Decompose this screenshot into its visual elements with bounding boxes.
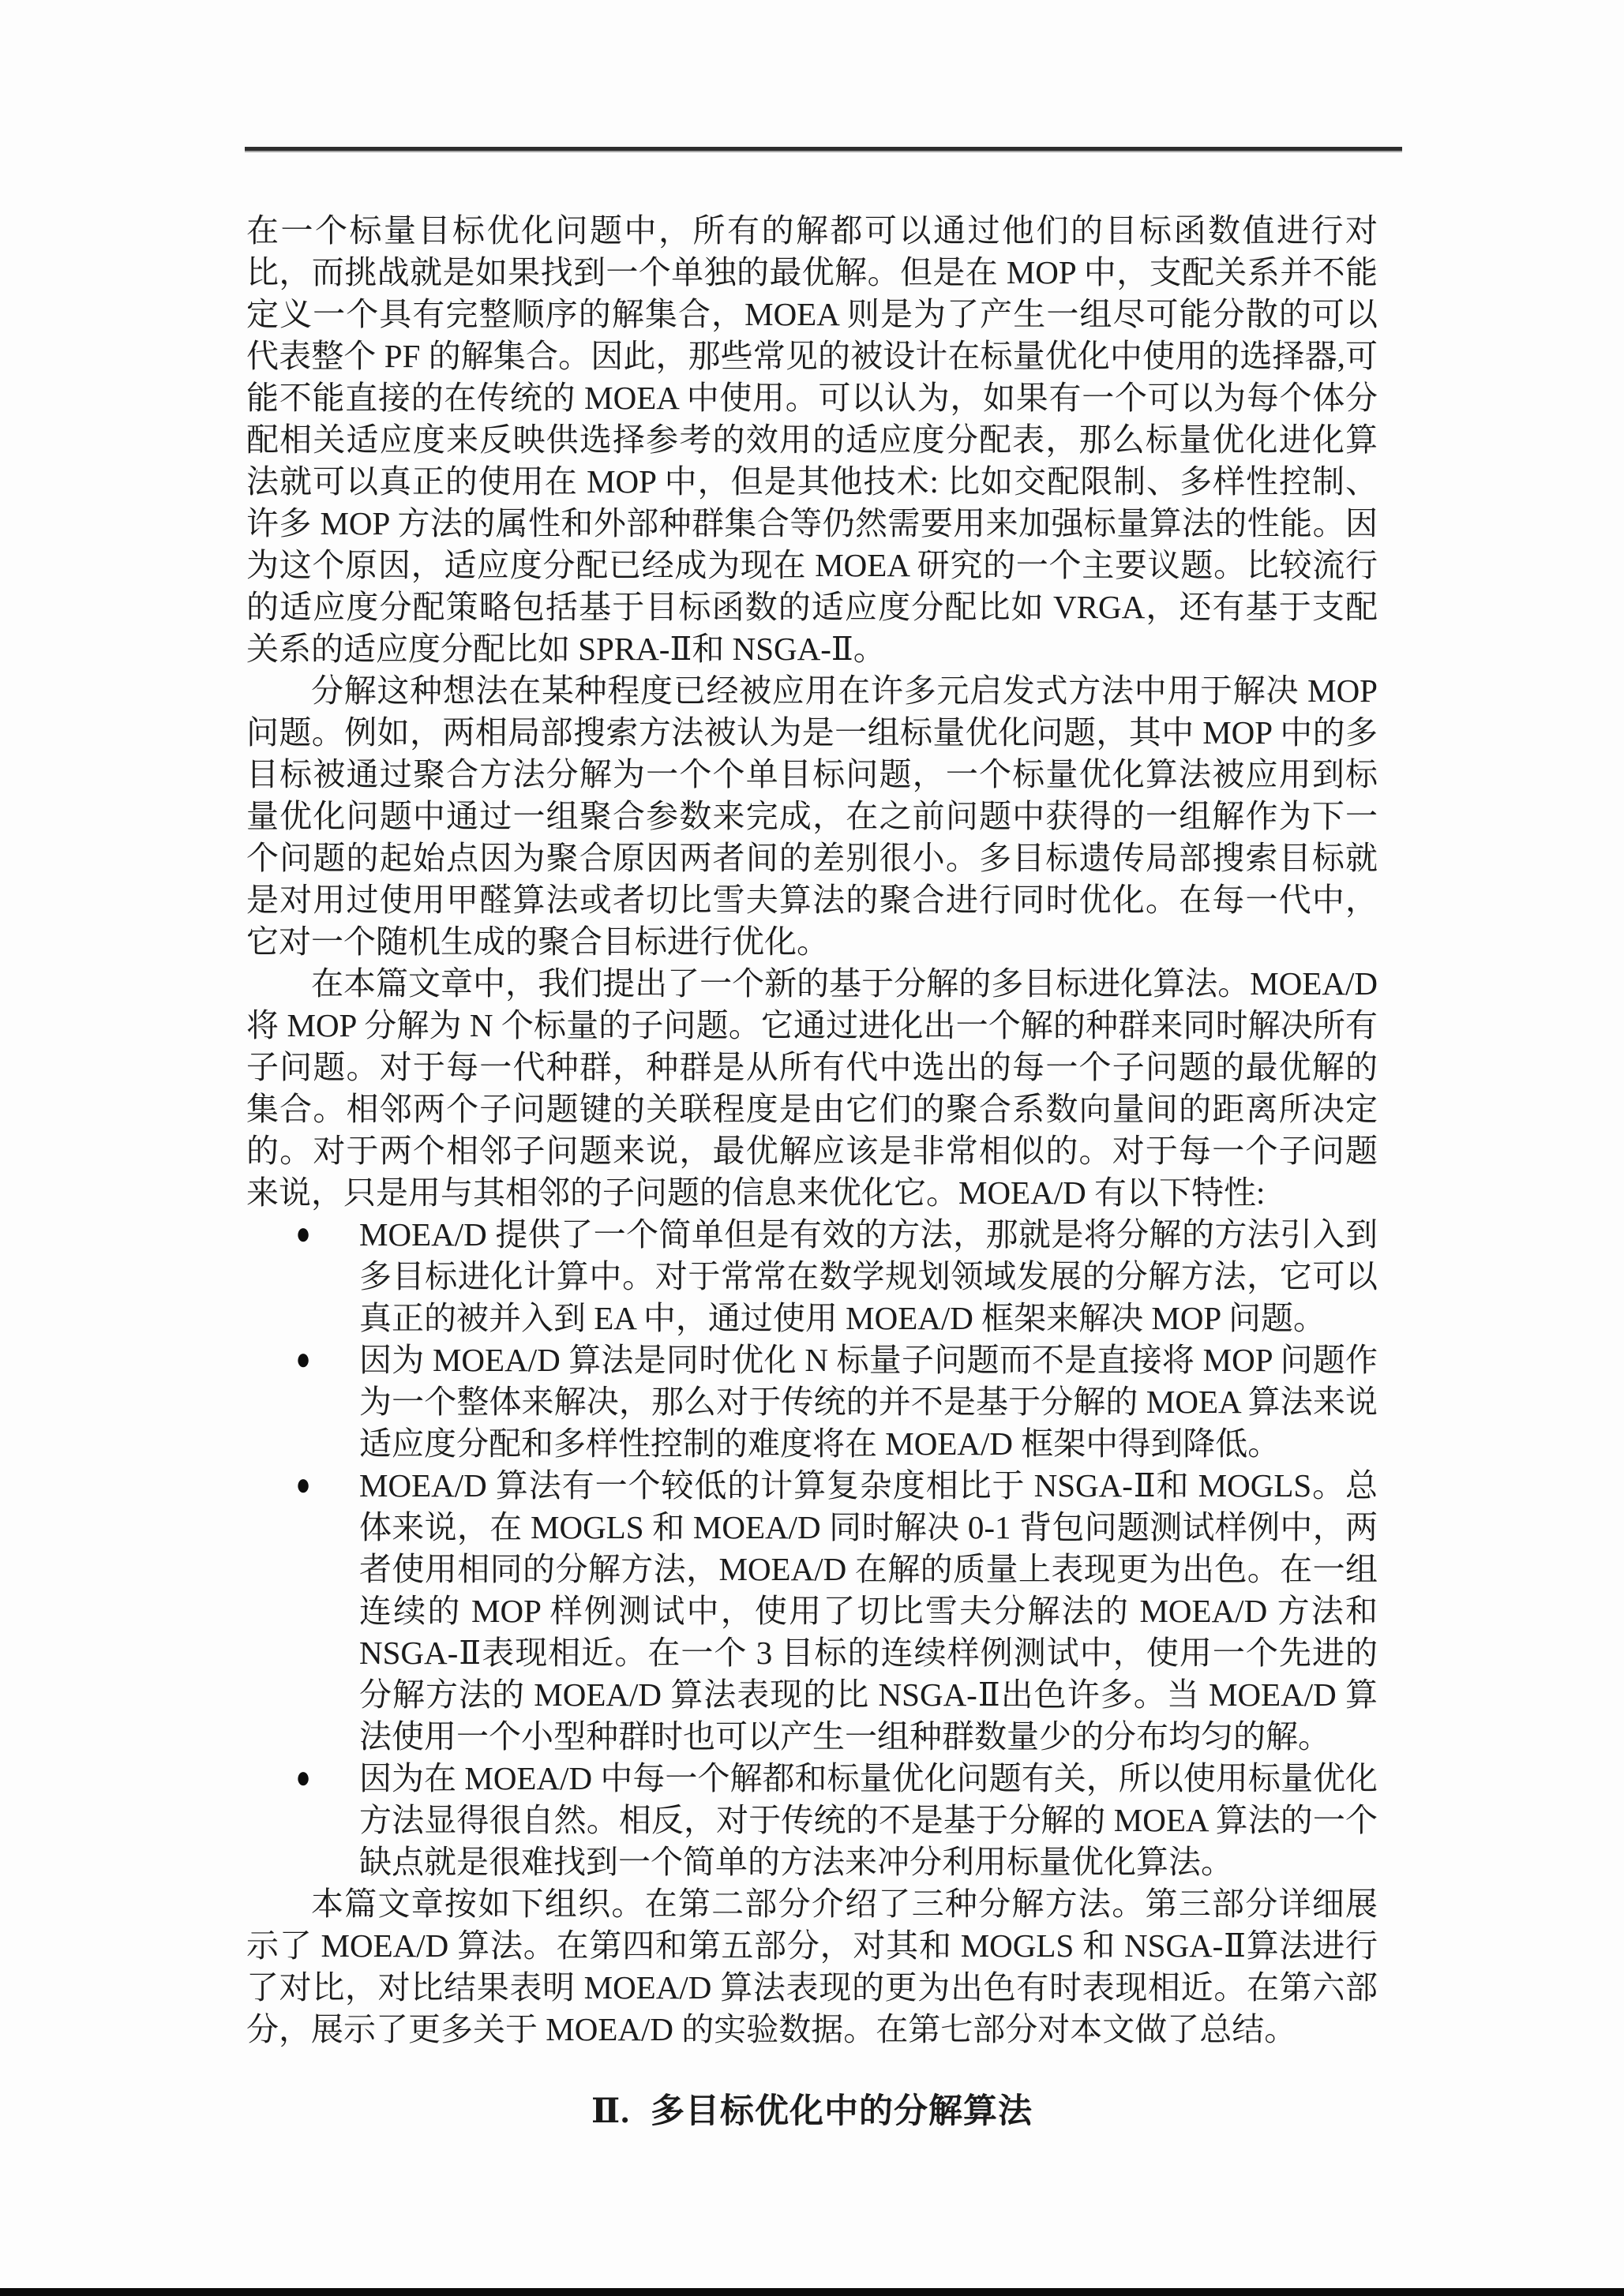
paragraph-2: 分解这种想法在某种程度已经被应用在许多元启发式方法中用于解决 MOP 问题。例如…	[246, 670, 1378, 963]
section-title: 多目标优化中的分解算法	[651, 2093, 1033, 2130]
bullet-marker-icon: ●	[296, 1338, 311, 1380]
bullet-marker-icon: ●	[296, 1212, 311, 1254]
feature-bullet-list: ● MOEA/D 提供了一个简单但是有效的方法，那就是将分解的方法引入到多目标进…	[246, 1214, 1378, 1883]
bullet-text: MOEA/D 算法有一个较低的计算复杂度相比于 NSGA-Ⅱ和 MOGLS。总体…	[359, 1467, 1378, 1755]
paragraph-1: 在一个标量目标优化问题中，所有的解都可以通过他们的目标函数值进行对比，而挑战就是…	[246, 210, 1378, 670]
closing-paragraph: 本篇文章按如下组织。在第二部分介绍了三种分解方法。第三部分详细展示了 MOEA/…	[246, 1883, 1378, 2051]
section-number: Ⅱ.	[591, 2093, 630, 2130]
top-rule	[245, 147, 1402, 152]
bullet-item: ● MOEA/D 算法有一个较低的计算复杂度相比于 NSGA-Ⅱ和 MOGLS。…	[246, 1465, 1378, 1758]
bullet-item: ● 因为 MOEA/D 算法是同时优化 N 标量子问题而不是直接将 MOP 问题…	[246, 1339, 1378, 1465]
document-page: 在一个标量目标优化问题中，所有的解都可以通过他们的目标函数值进行对比，而挑战就是…	[0, 0, 1624, 2296]
bottom-rule	[0, 2288, 1624, 2296]
bullet-marker-icon: ●	[296, 1463, 311, 1505]
bullet-text: 因为在 MOEA/D 中每一个解都和标量优化问题有关，所以使用标量优化方法显得很…	[359, 1760, 1378, 1880]
bullet-item: ● 因为在 MOEA/D 中每一个解都和标量优化问题有关，所以使用标量优化方法显…	[246, 1758, 1378, 1883]
bullet-marker-icon: ●	[296, 1756, 311, 1798]
bullet-item: ● MOEA/D 提供了一个简单但是有效的方法，那就是将分解的方法引入到多目标进…	[246, 1214, 1378, 1339]
document-body: 在一个标量目标优化问题中，所有的解都可以通过他们的目标函数值进行对比，而挑战就是…	[246, 210, 1378, 2134]
section-heading: Ⅱ.多目标优化中的分解算法	[246, 2090, 1378, 2134]
bullet-text: 因为 MOEA/D 算法是同时优化 N 标量子问题而不是直接将 MOP 问题作为…	[359, 1342, 1378, 1462]
paragraph-3: 在本篇文章中，我们提出了一个新的基于分解的多目标进化算法。MOEA/D 将 MO…	[246, 963, 1378, 1214]
bullet-text: MOEA/D 提供了一个简单但是有效的方法，那就是将分解的方法引入到多目标进化计…	[359, 1216, 1378, 1336]
